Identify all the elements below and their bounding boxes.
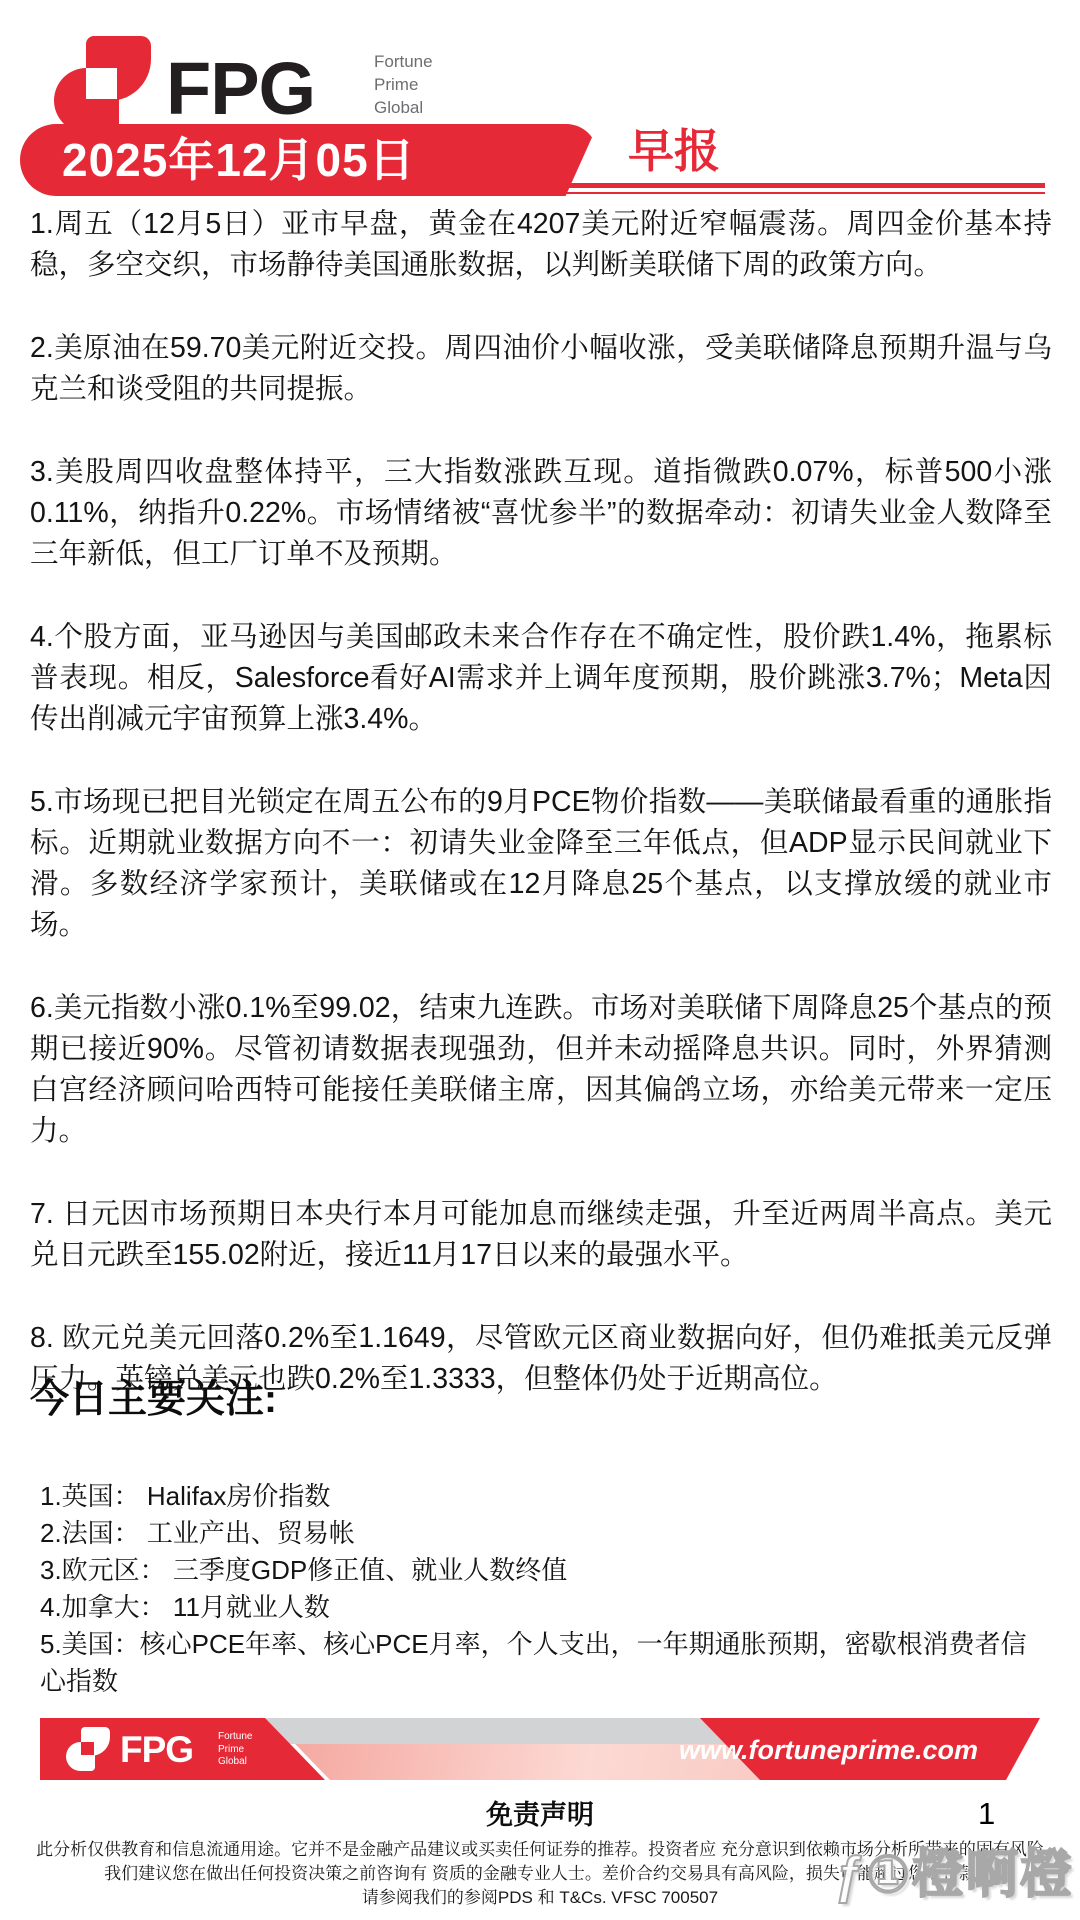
footer-banner: FPG Fortune Prime Global www.fortuneprim…: [40, 1718, 1040, 1780]
logo-tagline: Fortune Prime Global: [374, 50, 433, 119]
focus-list: 1.英国： Halifax房价指数 2.法国： 工业产出、贸易帐 3.欧元区： …: [40, 1478, 1052, 1700]
focus-item: 5.美国：核心PCE年率、核心PCE月率，个人支出，一年期通胀预期，密歇根消费者…: [40, 1626, 1052, 1700]
news-paragraph-5: 5.市场现已把目光锁定在周五公布的9月PCE物价指数——美联储最看重的通胀指标。…: [30, 782, 1052, 946]
focus-item: 3.欧元区： 三季度GDP修正值、就业人数终值: [40, 1552, 1052, 1589]
logo-square: [81, 1742, 95, 1756]
report-date: 2025年12月05日: [20, 124, 598, 196]
tagline-line: Fortune: [374, 50, 433, 73]
tagline-line: Global: [374, 96, 433, 119]
focus-item: 1.英国： Halifax房价指数: [40, 1478, 1052, 1515]
tagline-line: Global: [218, 1756, 252, 1769]
tagline-line: Prime: [218, 1744, 252, 1757]
website-url: www.fortuneprime.com: [679, 1735, 978, 1766]
focus-item: 4.加拿大： 11月就业人数: [40, 1589, 1052, 1626]
page-number: 1: [978, 1796, 995, 1832]
news-paragraph-1: 1.周五（12月5日）亚市早盘，黄金在4207美元附近窄幅震荡。周四金价基本持稳…: [30, 204, 1052, 286]
news-paragraph-4: 4.个股方面，亚马逊因与美国邮政未来合作存在不确定性，股价跌1.4%，拖累标普表…: [30, 617, 1052, 740]
logo-square: [86, 68, 116, 98]
news-paragraph-6: 6.美元指数小涨0.1%至99.02，结束九连跌。市场对美联储下周降息25个基点…: [30, 988, 1052, 1152]
news-paragraph-3: 3.美股周四收盘整体持平，三大指数涨跌互现。道指微跌0.07%，标普500小涨0…: [30, 452, 1052, 575]
footer-logo-wordmark: FPG: [120, 1731, 193, 1768]
logo-wordmark: FPG: [166, 52, 315, 126]
footer-logo-tagline: Fortune Prime Global: [218, 1731, 252, 1769]
news-paragraph-7: 7. 日元因市场预期日本央行本月可能加息而继续走强，升至近两周半高点。美元兑日元…: [30, 1194, 1052, 1276]
tagline-line: Prime: [374, 73, 433, 96]
creator-watermark: ƒ①橙啊橙: [835, 1832, 1074, 1907]
fpg-logo-icon: [54, 36, 152, 134]
disclaimer-title: 免责声明: [0, 1793, 1080, 1832]
fpg-logo-icon-footer: [66, 1727, 110, 1771]
news-paragraph-2: 2.美原油在59.70美元附近交投。周四油价小幅收涨，受美联储降息预期升温与乌克…: [30, 328, 1052, 410]
focus-heading: 今日主要关注:: [30, 1368, 277, 1424]
date-banner: 2025年12月05日: [20, 124, 598, 196]
news-body: 1.周五（12月5日）亚市早盘，黄金在4207美元附近窄幅震荡。周四金价基本持稳…: [30, 204, 1052, 1442]
focus-item: 2.法国： 工业产出、贸易帐: [40, 1515, 1052, 1552]
tagline-line: Fortune: [218, 1731, 252, 1744]
edition-label: 早报: [628, 128, 720, 174]
